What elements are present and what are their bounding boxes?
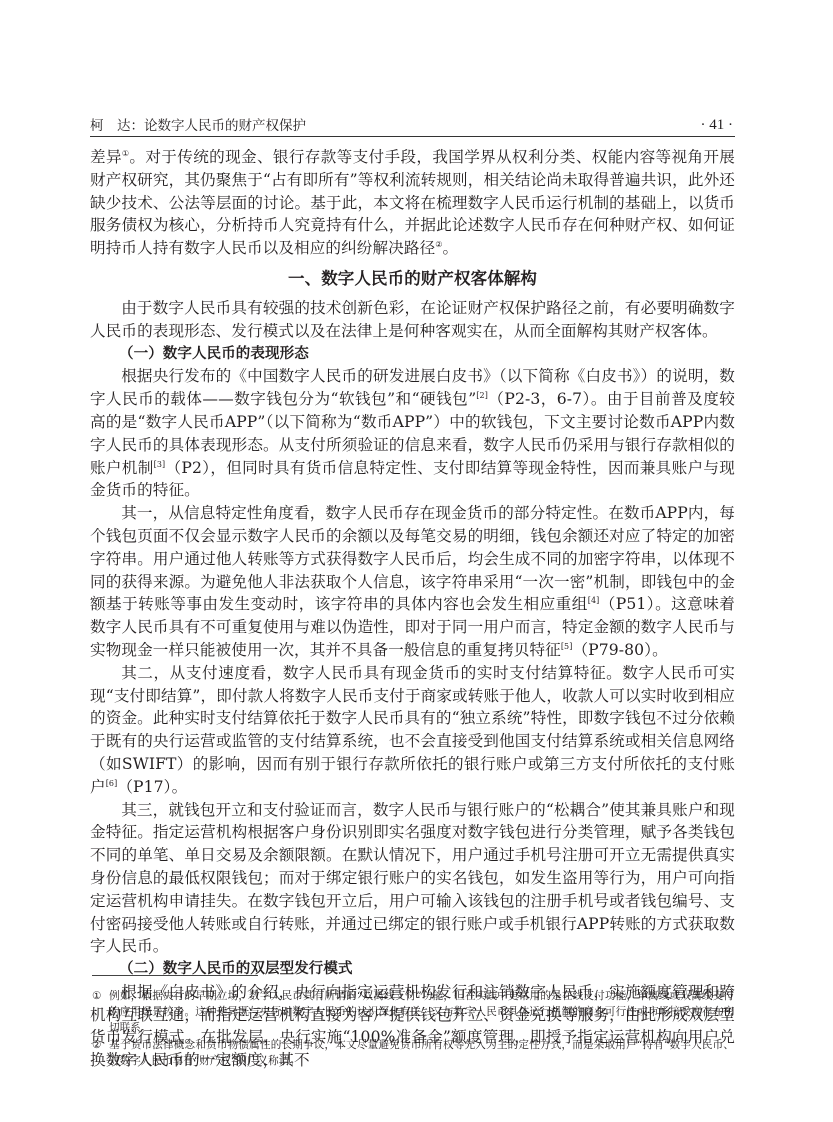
subsection-heading-2: （二）数字人民币的双层型发行模式 (90, 958, 735, 981)
paragraph-whitepaper: 根据央行发布的《中国数字人民币的研发进展白皮书》（以下简称《白皮书》）的说明，数… (90, 365, 735, 502)
paragraph-text: 差异 (90, 148, 122, 166)
page-number: · 41 · (701, 117, 736, 134)
footnote-mark: ① (92, 988, 109, 1004)
running-head-author-title: 柯 达：论数字人民币的财产权保护 (90, 114, 306, 134)
citation-ref-4[interactable]: [4] (588, 596, 600, 605)
paragraph-text: （P17）。 (117, 778, 187, 796)
journal-page: 柯 达：论数字人民币的财产权保护 · 41 · 差异①。对于传统的现金、银行存款… (90, 114, 735, 1072)
footnote-text: 例如，根据央行的早期立场，数字人民币具有所谓的“双离线支付”功能，但在实践中更常… (109, 990, 734, 1034)
section-lead-paragraph: 由于数字人民币具有较强的技术创新色彩，在论证财产权保护路径之前，有必要明确数字人… (90, 297, 735, 343)
intro-paragraph: 差异①。对于传统的现金、银行存款等支付手段，我国学界从权利分类、权能内容等视角开… (90, 146, 735, 260)
footnote-1: ①例如，根据央行的早期立场，数字人民币具有所谓的“双离线支付”功能，但在实践中更… (92, 988, 734, 1037)
citation-ref-6[interactable]: [6] (106, 779, 118, 788)
paragraph-text: 。对于传统的现金、银行存款等支付手段，我国学界从权利分类、权能内容等视角开展财产… (90, 148, 735, 257)
author-name: 柯 达 (90, 118, 131, 134)
separator: ： (131, 118, 145, 134)
footnote-ref-2[interactable]: ② (435, 240, 442, 249)
footnote-mark: ② (92, 1037, 109, 1053)
citation-ref-3[interactable]: [3] (154, 460, 166, 469)
footnote-2: ②基于货币法律概念和货币物债属性的长期争议，本文尽量避免货币所有权等先入为主的定… (92, 1037, 734, 1069)
footnotes: ①例如，根据央行的早期立场，数字人民币具有所谓的“双离线支付”功能，但在实践中更… (92, 988, 734, 1069)
paragraph-second-point: 其二，从支付速度看，数字人民币具有现金货币的实时支付结算特征。数字人民币可实现“… (90, 662, 735, 799)
footnote-text: 基于货币法律概念和货币物债属性的长期争议，本文尽量避免货币所有权等先入为主的定性… (109, 1039, 734, 1067)
article-title: 论数字人民币的财产权保护 (144, 118, 306, 134)
paragraph-first-point: 其一，从信息特定性角度看，数字人民币存在现金货币的部分特定性。在数币APP内，每… (90, 502, 735, 662)
paragraph-third-point: 其三，就钱包开立和支付验证而言，数字人民币与银行账户的“松耦合”使其兼具账户和现… (90, 799, 735, 959)
citation-ref-5[interactable]: [5] (561, 642, 573, 651)
running-head: 柯 达：论数字人民币的财产权保护 · 41 · (90, 114, 735, 137)
article-body: 差异①。对于传统的现金、银行存款等支付手段，我国学界从权利分类、权能内容等视角开… (90, 146, 735, 1072)
paragraph-text: （P79-80）。 (572, 641, 667, 659)
paragraph-text: （P2），但同时具有货币信息特定性、支付即结算等现金特性，因而兼具账户与现金货币… (90, 459, 735, 500)
section-heading: 一、数字人民币的财产权客体解构 (90, 267, 735, 291)
footnote-divider (92, 975, 258, 976)
citation-ref-2[interactable]: [2] (476, 391, 488, 400)
paragraph-text: 其二，从支付速度看，数字人民币具有现金货币的实时支付结算特征。数字人民币可实现“… (90, 664, 735, 796)
subsection-heading-1: （一）数字人民币的表现形态 (90, 343, 735, 366)
paragraph-text: 。 (443, 239, 459, 257)
